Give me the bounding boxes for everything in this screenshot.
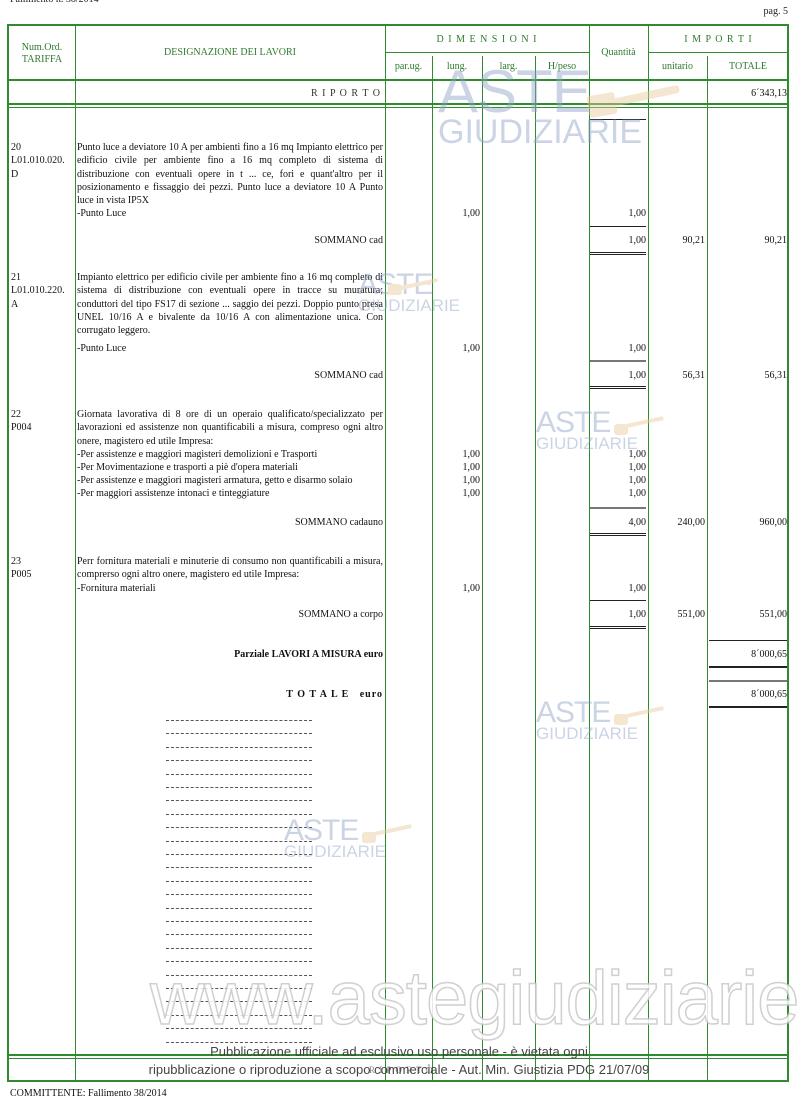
header-divider <box>648 52 787 53</box>
header-lung: lung. <box>432 61 482 72</box>
total-rule <box>590 626 646 629</box>
item-22-line-2: -Per Movimentazione e trasporti a piè d'… <box>77 461 298 474</box>
item-22-lung-1: 1,00 <box>432 448 480 461</box>
astegiudiziarie-url-watermark: www.astegiudiziarie.it <box>150 955 798 1042</box>
item-22-sommano: SOMMANO cadauno <box>75 516 383 529</box>
item-22-qty-1: 1,00 <box>589 448 646 461</box>
item-21-num: 21 L01.010.220. A <box>11 271 65 311</box>
signature-dash-line <box>166 774 312 775</box>
signature-dash-line <box>166 760 312 761</box>
header-unitario: unitario <box>648 61 707 72</box>
item-21-line: -Punto Luce <box>77 342 126 355</box>
total-rule <box>590 386 646 389</box>
parziale-label: Parziale LAVORI A MISURA euro <box>75 648 383 661</box>
signature-dash-line <box>166 908 312 909</box>
totale-totale: 8´000,65 <box>707 688 787 701</box>
item-22-description: Giornata lavorativa di 8 ore di un opera… <box>77 408 383 448</box>
signature-dash-line <box>166 747 312 748</box>
item-23-lung: 1,00 <box>432 582 480 595</box>
signature-dash-line <box>166 921 312 922</box>
committente-footer: COMMITTENTE: Fallimento 38/2014 <box>10 1088 167 1099</box>
header-num-ord: Num.Ord. TARIFFA <box>9 42 75 66</box>
subtotal-rule <box>590 360 646 362</box>
item-22-line-3: -Per assistenze e maggiori magisteri arm… <box>77 474 352 487</box>
parziale-rule-top <box>709 640 787 641</box>
computo-table: Num.Ord. TARIFFA DESIGNAZIONE DEI LAVORI… <box>7 24 789 1082</box>
item-22-qty-2: 1,00 <box>589 461 646 474</box>
riporto-totale: 6´343,13 <box>707 87 787 100</box>
item-23-unitario: 551,00 <box>648 608 705 621</box>
item-20-num: 20 L01.010.020. D <box>11 141 65 181</box>
signature-dash-line <box>166 867 312 868</box>
header-importi: I M P O R T I <box>648 34 789 45</box>
item-20-line: -Punto Luce <box>77 207 126 220</box>
item-22-lung-2: 1,00 <box>432 461 480 474</box>
col-divider <box>589 26 590 1080</box>
item-23-num: 23 P005 <box>11 555 32 582</box>
publication-notice-line-2: ripubblicazione o riproduzione a scopo c… <box>0 1062 798 1077</box>
totale-label: T O T A L E euro <box>75 688 383 701</box>
header-quantita: Quantità <box>589 47 648 58</box>
col-divider <box>648 26 649 1080</box>
item-20-lung: 1,00 <box>432 207 480 220</box>
item-22-line-1: -Per assistenze e maggiori magisteri dem… <box>77 448 317 461</box>
total-rule <box>590 252 646 255</box>
item-23-description: Perr fornitura materiali e minuterie di … <box>77 555 383 582</box>
parziale-rule-bottom <box>709 666 787 668</box>
col-divider <box>535 56 536 1080</box>
item-22-line-4: -Per maggiori assistenze intonaci e tint… <box>77 487 269 500</box>
header-divider <box>385 52 589 53</box>
subtotal-rule <box>590 600 646 601</box>
parziale-totale: 8´000,65 <box>707 648 787 661</box>
item-23-sommano-qty: 1,00 <box>589 608 646 621</box>
header-totale: TOTALE <box>707 61 789 72</box>
col-divider <box>482 56 483 1080</box>
item-21-lung: 1,00 <box>432 342 480 355</box>
item-20-sommano-qty: 1,00 <box>589 234 646 247</box>
item-20-totale: 90,21 <box>707 234 787 247</box>
signature-dash-line <box>166 841 312 842</box>
header-bottom-line <box>9 79 787 81</box>
item-20-sommano: SOMMANO cad <box>75 234 383 247</box>
signature-dash-line <box>166 814 312 815</box>
subtotal-rule <box>590 507 646 509</box>
header-par-ug: par.ug. <box>385 61 432 72</box>
item-21-totale: 56,31 <box>707 369 787 382</box>
riporto-bottom-line-2 <box>9 107 787 108</box>
riporto-label: R I P O R T O <box>75 87 381 100</box>
header-dimensioni: D I M E N S I O N I <box>385 34 589 45</box>
item-21-description: Impianto elettrico per edificio civile p… <box>77 271 383 337</box>
item-23-sommano: SOMMANO a corpo <box>75 608 383 621</box>
item-22-num: 22 P004 <box>11 408 32 435</box>
item-22-totale: 960,00 <box>707 516 787 529</box>
item-21-qty: 1,00 <box>589 342 646 355</box>
publication-notice-line-1: Pubblicazione ufficiale ad esclusivo uso… <box>0 1044 798 1059</box>
col-divider <box>385 26 386 1080</box>
signature-dash-line <box>166 733 312 734</box>
item-21-sommano: SOMMANO cad <box>75 369 383 382</box>
item-22-lung-4: 1,00 <box>432 487 480 500</box>
totale-rule-bottom <box>709 706 787 708</box>
item-22-qty-4: 1,00 <box>589 487 646 500</box>
signature-dash-line <box>166 854 312 855</box>
header-h-peso: H/peso <box>535 61 589 72</box>
riporto-bottom-line <box>9 103 787 105</box>
totale-rule-top <box>709 680 787 682</box>
signature-dash-line <box>166 934 312 935</box>
item-23-line: -Fornitura materiali <box>77 582 156 595</box>
page-number: pag. 5 <box>764 6 788 17</box>
item-22-unitario: 240,00 <box>648 516 705 529</box>
item-22-sommano-qty: 4,00 <box>589 516 646 529</box>
col-divider <box>75 26 76 1080</box>
subtotal-rule <box>590 226 646 227</box>
signature-dash-line <box>166 948 312 949</box>
document-header-fragment: Fallimento n. 38/2014 <box>10 0 99 5</box>
item-22-lung-3: 1,00 <box>432 474 480 487</box>
item-23-qty: 1,00 <box>589 582 646 595</box>
signature-dash-line <box>166 827 312 828</box>
col-divider <box>707 56 708 1080</box>
signature-dash-line <box>166 800 312 801</box>
signature-dash-line <box>166 881 312 882</box>
signature-dash-line <box>166 720 312 721</box>
carry-rule <box>590 119 646 120</box>
signature-dash-line <box>166 894 312 895</box>
item-20-description: Punto luce a deviatore 10 A per ambienti… <box>77 141 383 207</box>
item-22-qty-3: 1,00 <box>589 474 646 487</box>
item-23-totale: 551,00 <box>707 608 787 621</box>
signature-dash-line <box>166 787 312 788</box>
item-20-qty: 1,00 <box>589 207 646 220</box>
header-larg: larg. <box>482 61 535 72</box>
total-rule <box>590 533 646 536</box>
item-21-sommano-qty: 1,00 <box>589 369 646 382</box>
header-designazione: DESIGNAZIONE DEI LAVORI <box>75 47 385 58</box>
item-21-unitario: 56,31 <box>648 369 705 382</box>
item-20-unitario: 90,21 <box>648 234 705 247</box>
